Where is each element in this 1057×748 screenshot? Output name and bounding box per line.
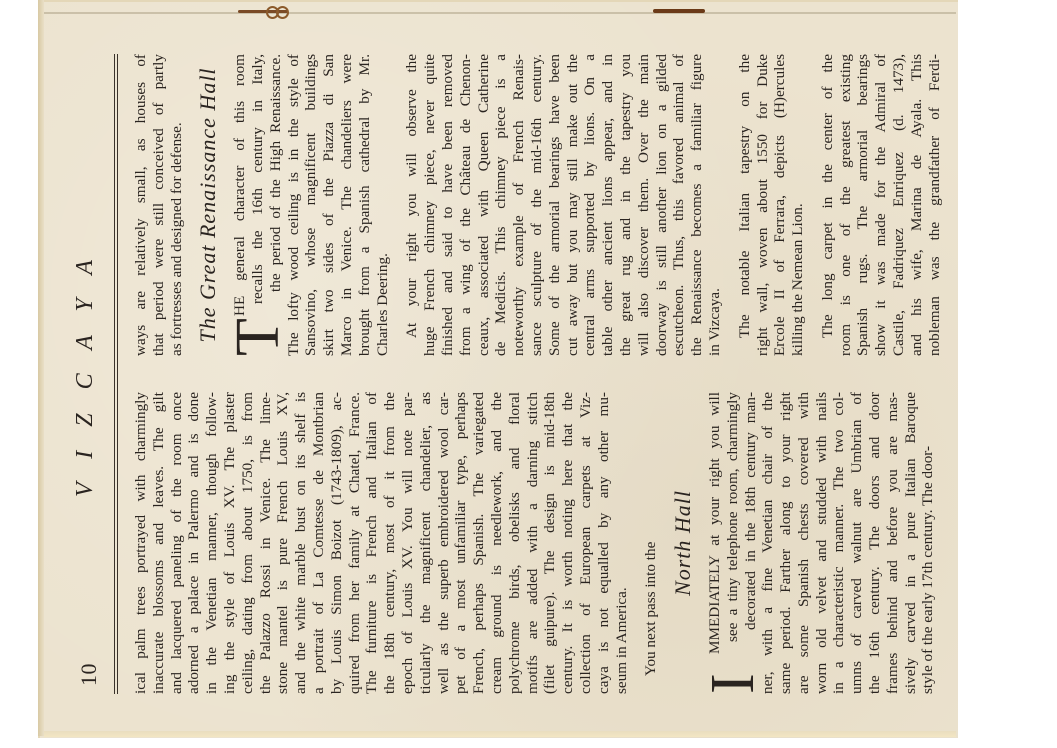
- paragraph-carpet: The long carpet in the center of theroom…: [819, 54, 944, 356]
- header-double-rule: [114, 54, 118, 694]
- section-title-great-renaissance-hall: The Great Renaissance Hall: [199, 54, 217, 356]
- text-line: pet of a most unfamiliar type, perhaps: [452, 392, 470, 694]
- text-line: inaccurate blossoms and leaves. The gilt: [150, 392, 168, 694]
- text-line: that period were still conceived of part…: [150, 54, 168, 356]
- text-line: ceaux, associated with Queen Catherine: [475, 54, 493, 356]
- paragraph-great-hall: T HE general character of this roomrecal…: [231, 54, 284, 356]
- text-line: see a tiny telephone room, charmingly: [724, 392, 742, 694]
- text-line: Spanish rugs. The armorial bearings: [854, 54, 872, 356]
- staple-icon: [238, 6, 288, 16]
- drop-cap: I: [706, 673, 760, 694]
- text-line: Charles Deering.: [374, 54, 392, 356]
- text-line: nobleman was the grandfather of Ferdi-: [926, 54, 944, 356]
- text-line: frames behind and before you are mas-: [884, 392, 902, 694]
- text-line: Some of the armorial bearings have been: [546, 54, 564, 356]
- paragraph-doorways: ways are relatively small, as houses oft…: [132, 54, 185, 356]
- paragraph-north-hall: I MMEDIATELY at your right you willsee a…: [706, 392, 937, 694]
- page-content: 10 V I Z C A Y A ical palm trees portray…: [70, 54, 930, 694]
- text-line: sance sculpture of the mid-16th century.: [528, 54, 546, 356]
- paragraph-great-hall-continued: The lofty wood ceiling is in the style o…: [285, 54, 392, 356]
- running-head: 10 V I Z C A Y A: [70, 54, 110, 694]
- right-column: ways are relatively small, as houses oft…: [132, 54, 943, 356]
- drop-cap: T: [231, 318, 285, 356]
- text-line: and the white marble bust on its shelf i…: [292, 392, 310, 694]
- text-line: de Medicis. This chimney piece is a: [492, 54, 510, 356]
- text-line: cut away but you may still make out the: [564, 54, 582, 356]
- text-line: stone mantel is pure French Louis XV,: [274, 392, 292, 694]
- transition-line: You next pass into the: [642, 392, 660, 694]
- text-line: adorned a palace in Palermo and is done: [185, 392, 203, 694]
- text-line: motifs are added with a darning stitch: [524, 392, 542, 694]
- text-line: as fortresses and designed for defense.: [168, 54, 186, 356]
- text-line: and his wife, Marina de Ayala. This: [908, 54, 926, 356]
- text-line: The lofty wood ceiling is in the style o…: [285, 54, 303, 356]
- text-line: room is one of the greatest existing: [837, 54, 855, 356]
- staple-icon: [653, 6, 705, 16]
- text-line: Sansovino, whose magnificent buildings: [302, 54, 320, 356]
- text-line: Ercole II of Ferrara, depicts (H)ercules: [771, 54, 789, 356]
- text-line: the 18th century, most of it from the: [381, 392, 399, 694]
- running-title: V I Z C A Y A: [72, 54, 99, 694]
- text-line: At your right you will observe the: [403, 54, 421, 356]
- text-line: in a characteristic manner. The two col-: [830, 392, 848, 694]
- text-line: doorway is still another lion on a gilde…: [653, 54, 671, 356]
- text-line: seum in America.: [613, 392, 631, 694]
- text-line: ticularly the magnificent chandelier, as: [417, 392, 435, 694]
- paragraph-chimney-piece: At your right you will observe thehuge F…: [403, 54, 723, 356]
- text-line: skirt two sides of the Piazza di San: [320, 54, 338, 356]
- text-line: table other ancient lions appear, and in: [599, 54, 617, 356]
- text-line: a portrait of La Comtesse de Montbrian: [310, 392, 328, 694]
- text-line: well as the superb embroidered wool car-: [435, 392, 453, 694]
- text-line: Castile, Fadriquez Enriquez (d. 1473),: [890, 54, 908, 356]
- text-line: show it was made for the Admiral of: [872, 54, 890, 356]
- text-line: the 16th century. The doors and door: [866, 392, 884, 694]
- text-line: ner, with a fine Venetian chair of the: [759, 392, 777, 694]
- text-line: umns of carved walnut are Umbrian of: [848, 392, 866, 694]
- text-line: ing the style of Louis XV. The plaster: [221, 392, 239, 694]
- text-line: quired from her family at Chatel, France…: [346, 392, 364, 694]
- text-line: The notable Italian tapestry on the: [736, 54, 754, 356]
- left-column: ical palm trees portrayed with charmingl…: [132, 392, 937, 694]
- binding-fold: [44, 12, 956, 14]
- page-edge: [38, 0, 44, 736]
- text-line: are some Spanish chests covered with: [795, 392, 813, 694]
- text-line: finished and said to have been removed: [439, 54, 457, 356]
- text-line: by Louis Simon Boizot (1743-1809), ac-: [328, 392, 346, 694]
- text-line: caya is not equalled by any other mu-: [595, 392, 613, 694]
- text-line: ical palm trees portrayed with charmingl…: [132, 392, 150, 694]
- text-line: the Palazzo Rossi in Venice. The lime-: [257, 392, 275, 694]
- text-line: and lacquered paneling of the room once: [168, 392, 186, 694]
- section-title-north-hall: North Hall: [674, 392, 692, 694]
- text-line: cream ground is needlework, and the: [488, 392, 506, 694]
- text-line: Marco in Venice. The chandeliers were: [338, 54, 356, 356]
- text-line: HE general character of this room: [231, 54, 249, 356]
- text-line: MMEDIATELY at your right you will: [706, 392, 724, 694]
- text-line: The furniture is French and Italian of: [363, 392, 381, 694]
- text-line: from a wing of the Château de Chenon-: [457, 54, 475, 356]
- text-line: same period. Farther along to your right: [777, 392, 795, 694]
- text-line: central arms supported by lions. On a: [581, 54, 599, 356]
- text-line: noteworthy example of French Renais-: [510, 54, 528, 356]
- text-line: French, perhaps Spanish. The variegated: [470, 392, 488, 694]
- text-line: (filet guipure). The design is mid-18th: [541, 392, 559, 694]
- text-line: The long carpet in the center of the: [819, 54, 837, 356]
- text-line: the period of the High Renaissance.: [267, 54, 285, 356]
- text-line: brought from a Spanish cathedral by Mr.: [356, 54, 374, 356]
- text-line: worn old velvet and studded with nails: [813, 392, 831, 694]
- text-line: style of the early 17th century. The doo…: [919, 392, 937, 694]
- text-line: huge French chimney piece, never quite: [421, 54, 439, 356]
- text-line: in Vizcaya.: [706, 54, 724, 356]
- text-line: right wall, woven about 1550 for Duke: [754, 54, 772, 356]
- page-edge: [44, 731, 956, 737]
- text-line: century. It is worth noting here that th…: [559, 392, 577, 694]
- text-line: the Renaissance becomes a familiar figur…: [688, 54, 706, 356]
- text-line: recalls the 16th century in Italy,: [249, 54, 267, 356]
- text-line: collection of European carpets at Viz-: [577, 392, 595, 694]
- paragraph-salon-continued: ical palm trees portrayed with charmingl…: [132, 392, 630, 694]
- paragraph-tapestry: The notable Italian tapestry on theright…: [736, 54, 807, 356]
- text-line: ceiling, dating from about 1750, is from: [239, 392, 257, 694]
- text-line: ways are relatively small, as houses of: [132, 54, 150, 356]
- text-line: sively carved in a pure Italian Baroque: [902, 392, 920, 694]
- text-line: will also discover them. Over the main: [635, 54, 653, 356]
- text-line: killing the Nemean Lion.: [789, 54, 807, 356]
- text-line: escutcheon. Thus, this favored animal of: [670, 54, 688, 356]
- text-line: in the Venetian manner, though follow-: [203, 392, 221, 694]
- text-line: polychrome birds, obelisks and floral: [506, 392, 524, 694]
- text-line: the great rug and in the tapestry you: [617, 54, 635, 356]
- text-line: epoch of Louis XV. You will note par-: [399, 392, 417, 694]
- text-line: decorated in the 18th century man-: [742, 392, 760, 694]
